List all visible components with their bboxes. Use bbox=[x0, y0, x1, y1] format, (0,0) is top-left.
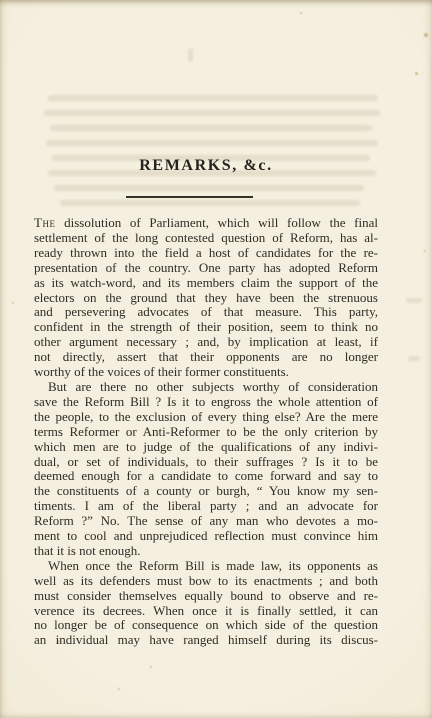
text-line: settlement of the long contested questio… bbox=[34, 231, 378, 246]
foxing-spot bbox=[415, 72, 418, 75]
foxing-spot bbox=[424, 250, 426, 252]
lead-word: The bbox=[34, 215, 55, 230]
text-line: as its watch-word, and its members claim… bbox=[34, 276, 378, 291]
text-line: an individual may have ranged himself du… bbox=[34, 633, 378, 648]
text-line: not directly, assert that their opponent… bbox=[34, 350, 378, 365]
text-line: worthy of the voices of their former con… bbox=[34, 365, 378, 380]
text-line: presentation of the country. One party h… bbox=[34, 261, 378, 276]
foxing-spot bbox=[424, 33, 428, 37]
bleedthrough-line bbox=[406, 298, 422, 303]
text-line: the people, to the exclusion of every th… bbox=[34, 410, 378, 425]
text-line: that it is not enough. bbox=[34, 544, 378, 559]
scanned-page: REMARKS, &c. The dissolution of Parliame… bbox=[0, 0, 432, 718]
foxing-spot bbox=[300, 12, 302, 14]
bleedthrough-line bbox=[48, 95, 378, 101]
text-line: other argument necessary ; and, by impli… bbox=[34, 335, 378, 350]
text-line: terms Reformer or Anti-Reformer to be th… bbox=[34, 425, 378, 440]
heading-rule bbox=[126, 196, 253, 198]
text-line: When once the Reform Bill is made law, i… bbox=[34, 559, 378, 574]
foxing-spot bbox=[12, 302, 14, 304]
bleedthrough-line bbox=[50, 125, 372, 131]
text-line: timents. I am of the liberal party ; and… bbox=[34, 499, 378, 514]
foxing-spot bbox=[118, 688, 120, 690]
bleedthrough-line bbox=[408, 356, 420, 361]
text-line: The dissolution of Parliament, which wil… bbox=[34, 216, 378, 231]
text-line: But are there no other subjects worthy o… bbox=[34, 380, 378, 395]
text-line: and persevering advocates of that measur… bbox=[34, 305, 378, 320]
bleedthrough-line bbox=[188, 48, 193, 62]
text-line: must consider themselves equally bound t… bbox=[34, 589, 378, 604]
text-line: Reform ?” No. The sense of any man who d… bbox=[34, 514, 378, 529]
text-line: which men are to judge of the qualificat… bbox=[34, 440, 378, 455]
text-line: ready thrown into the field a host of ca… bbox=[34, 246, 378, 261]
page-body: The dissolution of Parliament, which wil… bbox=[34, 216, 378, 648]
foxing-spot bbox=[150, 666, 152, 668]
text-line: ment to cool and unprejudiced reflection… bbox=[34, 529, 378, 544]
bleedthrough-line bbox=[54, 185, 364, 191]
bleedthrough-line bbox=[46, 140, 378, 146]
text-line: the constituents of a county or burgh, “… bbox=[34, 484, 378, 499]
text-line: well as its defenders must bow to its en… bbox=[34, 574, 378, 589]
bleedthrough-line bbox=[60, 200, 360, 206]
text-line: confident in the strength of their posit… bbox=[34, 320, 378, 335]
text-line: deemed enough for a candidate to come fo… bbox=[34, 469, 378, 484]
text-line: electors on the ground that they have be… bbox=[34, 291, 378, 306]
bleedthrough-line bbox=[44, 110, 380, 116]
text-line: save the Reform Bill ? Is it to engross … bbox=[34, 395, 378, 410]
page-title: REMARKS, &c. bbox=[34, 157, 378, 175]
text-line: dual, or set of individuals, to their su… bbox=[34, 455, 378, 470]
text-line: verence its decrees. When once it is fin… bbox=[34, 604, 378, 619]
text-line: no longer be of consequence on which sid… bbox=[34, 618, 378, 633]
